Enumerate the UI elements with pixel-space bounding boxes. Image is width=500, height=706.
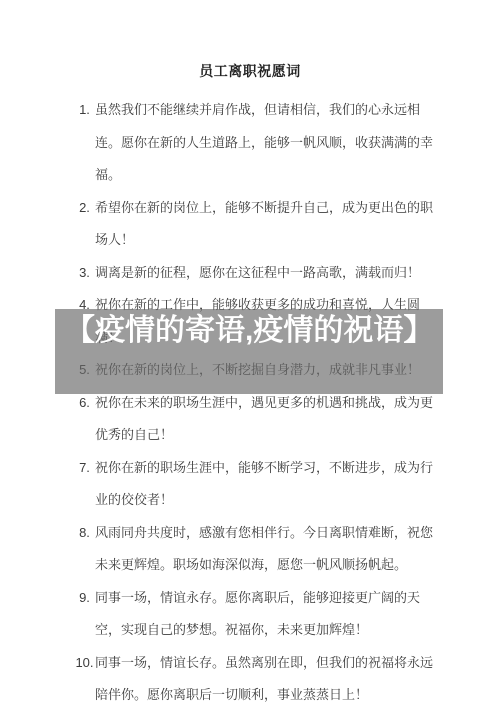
item-number: 3. <box>74 257 95 290</box>
list-item: 8. 风雨同舟共度时，感激有您相伴行。今日离职情难断，祝您未来更辉煌。职场如海深… <box>74 517 449 582</box>
item-text: 希望你在新的岗位上，能够不断提升自己，成为更出色的职场人！ <box>95 192 445 257</box>
list-item: 9. 同事一场，情谊永存。愿你离职后，能够迎接更广阔的天空，实现自己的梦想。祝福… <box>74 582 449 647</box>
item-text: 祝你在新的职场生涯中，能够不断学习，不断进步，成为行业的佼佼者！ <box>95 452 445 517</box>
item-text: 虽然我们不能继续并肩作战，但请相信，我们的心永远相连。愿你在新的人生道路上，能够… <box>95 94 445 192</box>
wishes-list: 1. 虽然我们不能继续并肩作战，但请相信，我们的心永远相连。愿你在新的人生道路上… <box>0 94 500 706</box>
item-text: 调离是新的征程，愿你在这征程中一路高歌，满载而归！ <box>95 257 445 290</box>
item-text: 祝你在未来的职场生涯中，遇见更多的机遇和挑战，成为更优秀的自己！ <box>95 387 445 452</box>
item-text: 同事一场，情谊永存。愿你离职后，能够迎接更广阔的天空，实现自己的梦想。祝福你，未… <box>95 582 445 647</box>
list-item: 10. 同事一场，情谊长存。虽然离别在即，但我们的祝福将永远陪伴你。愿你离职后一… <box>74 647 449 706</box>
list-item: 3. 调离是新的征程，愿你在这征程中一路高歌，满载而归！ <box>74 257 449 290</box>
page-title: 员工离职祝愿词 <box>0 62 500 80</box>
item-text: 同事一场，情谊长存。虽然离别在即，但我们的祝福将永远陪伴你。愿你离职后一切顺利，… <box>95 647 445 706</box>
item-number: 1. <box>74 94 95 127</box>
item-number: 7. <box>74 452 95 485</box>
document-page: 员工离职祝愿词 1. 虽然我们不能继续并肩作战，但请相信，我们的心永远相连。愿你… <box>0 0 500 706</box>
item-number: 10. <box>74 647 95 680</box>
watermark-overlay: 【疫情的寄语,疫情的祝语】 <box>55 309 443 394</box>
item-text: 风雨同舟共度时，感激有您相伴行。今日离职情难断，祝您未来更辉煌。职场如海深似海，… <box>95 517 445 582</box>
item-number: 9. <box>74 582 95 615</box>
item-number: 8. <box>74 517 95 550</box>
list-item: 1. 虽然我们不能继续并肩作战，但请相信，我们的心永远相连。愿你在新的人生道路上… <box>74 94 449 192</box>
list-item: 6. 祝你在未来的职场生涯中，遇见更多的机遇和挑战，成为更优秀的自己！ <box>74 387 449 452</box>
item-number: 2. <box>74 192 95 225</box>
list-item: 7. 祝你在新的职场生涯中，能够不断学习，不断进步，成为行业的佼佼者！ <box>74 452 449 517</box>
watermark-text: 【疫情的寄语,疫情的祝语】 <box>65 311 433 351</box>
list-item: 2. 希望你在新的岗位上，能够不断提升自己，成为更出色的职场人！ <box>74 192 449 257</box>
